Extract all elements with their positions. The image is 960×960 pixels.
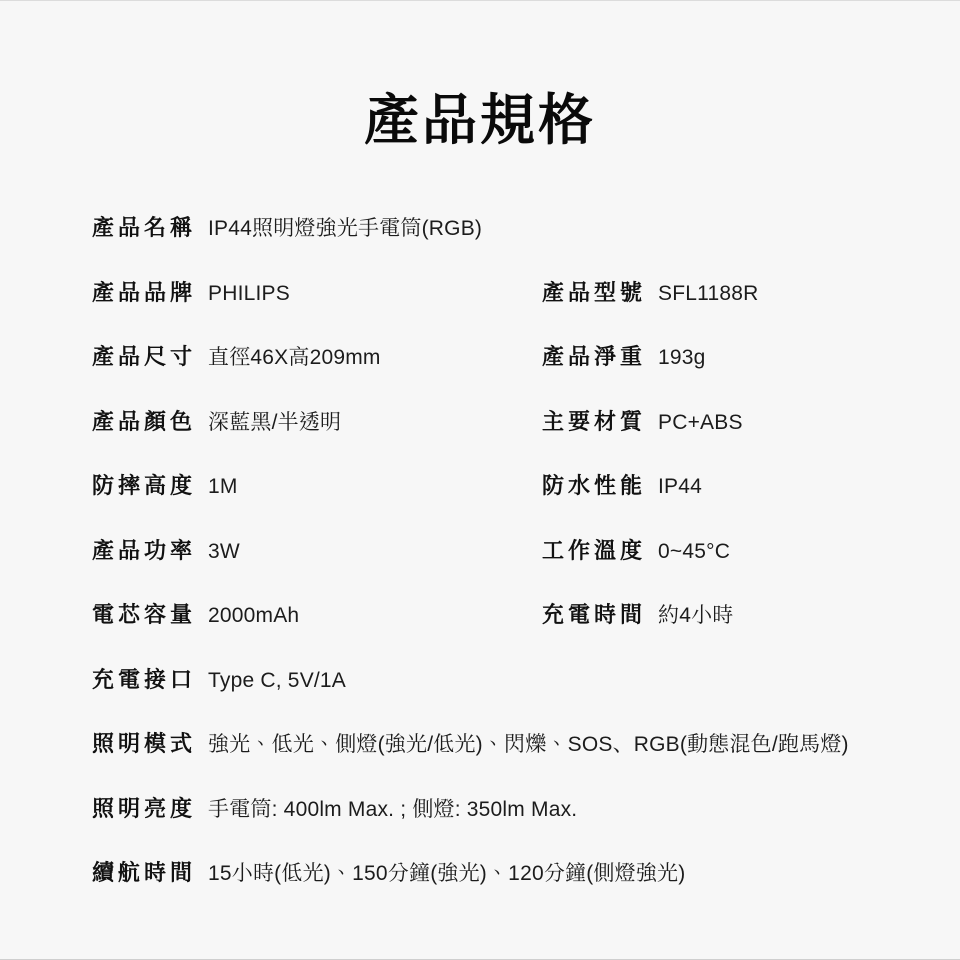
spec-label: 產品顏色 [92, 405, 196, 436]
spec-table: 產品名稱 IP44照明燈強光手電筒(RGB) 產品品牌 PHILIPS 產品型號… [0, 195, 960, 905]
spec-label: 防水性能 [542, 469, 646, 500]
spec-value: 193g [658, 346, 706, 370]
spec-label: 照明模式 [92, 727, 196, 758]
spec-value: PC+ABS [658, 411, 743, 435]
spec-value: 直徑46X高209mm [208, 341, 381, 371]
page-title: 產品規格 [0, 1, 960, 157]
spec-cell-material: 主要材質 PC+ABS [542, 405, 924, 436]
spec-cell-drop-height: 防摔高度 1M [92, 469, 542, 500]
spec-value: 3W [208, 540, 240, 564]
spec-row: 產品顏色 深藍黑/半透明 主要材質 PC+ABS [92, 388, 924, 453]
spec-label: 產品品牌 [92, 276, 196, 307]
spec-cell-product-name: 產品名稱 IP44照明燈強光手電筒(RGB) [92, 211, 924, 242]
spec-row: 產品名稱 IP44照明燈強光手電筒(RGB) [92, 195, 924, 260]
spec-label: 充電時間 [542, 598, 646, 629]
spec-value: 強光、低光、側燈(強光/低光)、閃爍、SOS、RGB(動態混色/跑馬燈) [208, 728, 849, 758]
spec-label: 續航時間 [92, 856, 196, 887]
spec-row: 照明亮度 手電筒: 400lm Max. ; 側燈: 350lm Max. [92, 775, 924, 840]
spec-value: IP44 [658, 475, 702, 499]
spec-label: 產品型號 [542, 276, 646, 307]
spec-label: 工作溫度 [542, 534, 646, 565]
spec-value: 15小時(低光)、150分鐘(強光)、120分鐘(側燈強光) [208, 857, 685, 887]
spec-cell-dimensions: 產品尺寸 直徑46X高209mm [92, 340, 542, 371]
spec-cell-brightness: 照明亮度 手電筒: 400lm Max. ; 側燈: 350lm Max. [92, 792, 924, 823]
spec-label: 產品名稱 [92, 211, 196, 242]
spec-cell-runtime: 續航時間 15小時(低光)、150分鐘(強光)、120分鐘(側燈強光) [92, 856, 924, 887]
spec-value: 0~45°C [658, 540, 730, 564]
spec-value: IP44照明燈強光手電筒(RGB) [208, 212, 482, 242]
spec-cell-charge-time: 充電時間 約4小時 [542, 598, 924, 629]
spec-cell-brand: 產品品牌 PHILIPS [92, 276, 542, 307]
spec-cell-charge-port: 充電接口 Type C, 5V/1A [92, 663, 924, 694]
spec-row: 照明模式 強光、低光、側燈(強光/低光)、閃爍、SOS、RGB(動態混色/跑馬燈… [92, 711, 924, 776]
spec-value: 手電筒: 400lm Max. ; 側燈: 350lm Max. [208, 793, 577, 823]
spec-cell-power: 產品功率 3W [92, 534, 542, 565]
spec-row: 產品尺寸 直徑46X高209mm 產品淨重 193g [92, 324, 924, 389]
spec-cell-waterproof: 防水性能 IP44 [542, 469, 924, 500]
spec-cell-net-weight: 產品淨重 193g [542, 340, 924, 371]
spec-cell-battery-capacity: 電芯容量 2000mAh [92, 598, 542, 629]
spec-row: 電芯容量 2000mAh 充電時間 約4小時 [92, 582, 924, 647]
spec-value: 約4小時 [658, 599, 733, 629]
spec-label: 產品功率 [92, 534, 196, 565]
spec-row: 防摔高度 1M 防水性能 IP44 [92, 453, 924, 518]
spec-label: 照明亮度 [92, 792, 196, 823]
spec-value: 深藍黑/半透明 [208, 406, 341, 436]
spec-cell-model: 產品型號 SFL1188R [542, 276, 924, 307]
spec-value: PHILIPS [208, 282, 290, 306]
spec-row: 續航時間 15小時(低光)、150分鐘(強光)、120分鐘(側燈強光) [92, 840, 924, 905]
spec-value: 1M [208, 475, 238, 499]
spec-label: 充電接口 [92, 663, 196, 694]
spec-cell-light-modes: 照明模式 強光、低光、側燈(強光/低光)、閃爍、SOS、RGB(動態混色/跑馬燈… [92, 727, 924, 758]
spec-cell-color: 產品顏色 深藍黑/半透明 [92, 405, 542, 436]
spec-label: 主要材質 [542, 405, 646, 436]
spec-row: 產品品牌 PHILIPS 產品型號 SFL1188R [92, 259, 924, 324]
spec-label: 電芯容量 [92, 598, 196, 629]
spec-label: 產品尺寸 [92, 340, 196, 371]
spec-sheet-page: 產品規格 產品名稱 IP44照明燈強光手電筒(RGB) 產品品牌 PHILIPS… [0, 0, 960, 960]
spec-value: 2000mAh [208, 604, 299, 628]
spec-value: SFL1188R [658, 282, 758, 306]
spec-value: Type C, 5V/1A [208, 669, 346, 693]
spec-cell-operating-temp: 工作溫度 0~45°C [542, 534, 924, 565]
spec-label: 防摔高度 [92, 469, 196, 500]
spec-row: 充電接口 Type C, 5V/1A [92, 646, 924, 711]
spec-label: 產品淨重 [542, 340, 646, 371]
spec-row: 產品功率 3W 工作溫度 0~45°C [92, 517, 924, 582]
